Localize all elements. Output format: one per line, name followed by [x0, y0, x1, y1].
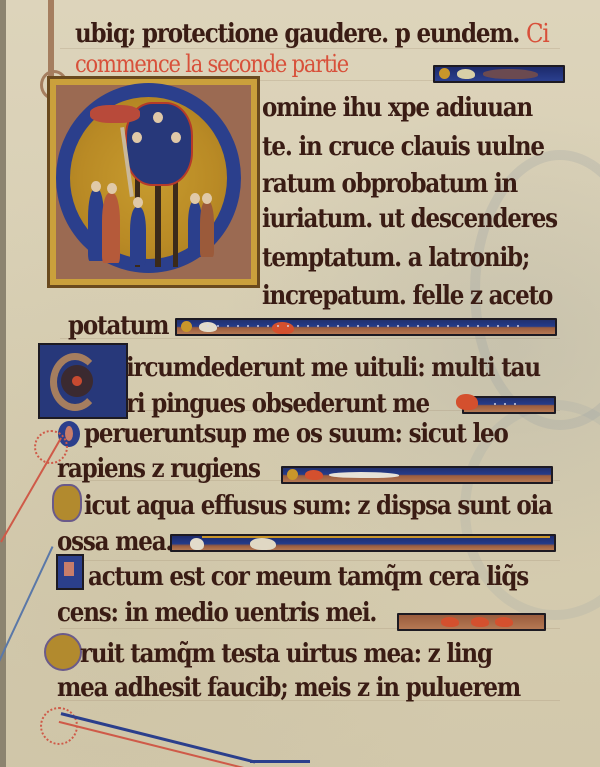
creature-body-icon [329, 472, 399, 478]
line-filler [175, 318, 557, 336]
line-filler [397, 613, 546, 631]
head [91, 181, 101, 192]
text-line: ratum obprobatum in [262, 168, 517, 199]
initial-stem-ornament [48, 0, 54, 80]
head [202, 193, 212, 204]
pearl-dots [207, 325, 525, 327]
initial-f-inner [64, 562, 74, 576]
text-line: ubiq; protectione gaudere. p eundem. Ci [75, 18, 549, 49]
beast-head-icon [457, 69, 475, 79]
text-line: ri pingues obsederunt me [126, 388, 429, 419]
thief-right-figure [171, 132, 181, 143]
knotwork-ornament [60, 361, 94, 401]
text-line: increpatum. felle z aceto [262, 280, 552, 311]
rubric-text: Ci [526, 19, 549, 49]
beast-icon [471, 617, 489, 627]
soldier-figure [130, 207, 146, 265]
text-line: icut aqua effusus sum: z dispsa sunt oia [84, 490, 552, 521]
onlooker-figure [200, 201, 214, 257]
head [107, 183, 117, 194]
rubric-heading: commence la seconde partie [75, 50, 348, 78]
text-line: ruit tamq̃m testa uirtus mea: z ling [80, 638, 492, 669]
gold-rule [202, 536, 550, 538]
historiated-initial-d [47, 76, 260, 288]
text-line: temptatum. a latronib; [262, 242, 529, 273]
head [190, 193, 200, 204]
creature-body-icon [250, 538, 276, 550]
text-line: cens: in medio uentris mei. [57, 597, 376, 628]
text-line: actum est cor meum tamq̃m cera liq̃s [88, 561, 528, 592]
thief-left-figure [132, 132, 142, 143]
sun-disc-icon [181, 321, 192, 332]
line-filler [281, 466, 553, 484]
face-icon [199, 322, 217, 332]
sun-disc-icon [287, 469, 298, 480]
cloud-angel [90, 105, 140, 123]
hound-icon [272, 322, 294, 334]
initial-e [44, 633, 82, 671]
mourner-figure [102, 193, 120, 263]
initial-s [52, 484, 82, 522]
text-line: ossa mea. [57, 526, 172, 557]
bird-head-icon [441, 617, 459, 627]
text-line: ircumdederunt me uituli: multi tau [126, 352, 540, 383]
beast-body-icon [483, 69, 538, 79]
bar-border-extension [250, 760, 310, 767]
dragon-head-icon [456, 394, 478, 410]
initial-d-bowl [56, 83, 241, 273]
line-filler [170, 534, 556, 552]
line-filler [433, 65, 565, 83]
pearl-dots [494, 403, 524, 405]
text-line: rapiens z rugiens [57, 453, 260, 484]
christ-figure [153, 112, 163, 123]
initial-f [56, 554, 84, 590]
text-line: te. in cruce clauis uulne [262, 131, 544, 162]
line-filler [462, 396, 556, 414]
fox-head-icon [305, 470, 323, 480]
text-line: omine ihu xpe adiuuan [262, 92, 532, 123]
head [133, 197, 143, 208]
beast-icon [495, 617, 513, 627]
text-line: mea adhesit faucib; meis z in puluerem [57, 672, 520, 703]
bald-head-icon [190, 538, 204, 550]
text-line: potatum [68, 310, 168, 341]
text-line: iuriatum. ut descenderes [262, 203, 557, 234]
text-line: perueruntsup me os suum: sicut leo [84, 418, 508, 449]
initial-c [38, 343, 128, 419]
gold-disc-icon [439, 68, 450, 79]
